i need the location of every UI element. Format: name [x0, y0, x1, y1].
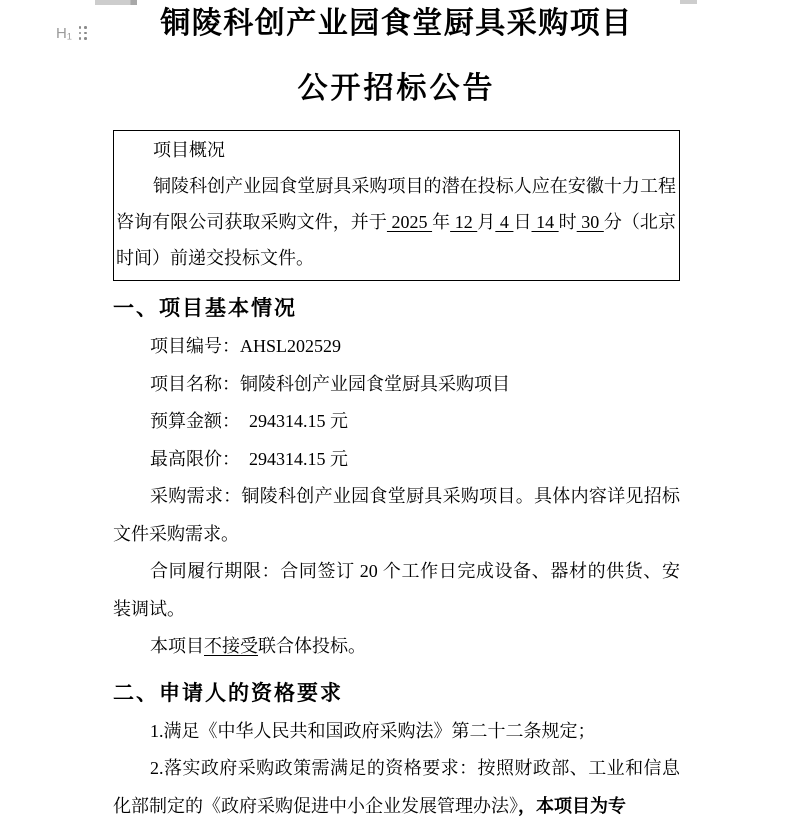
- overview-paragraph: 铜陵科创产业园食堂厨具采购项目的潜在投标人应在安徽十力工程咨询有限公司获取采购文…: [116, 168, 676, 276]
- block-controls: H₁: [56, 24, 87, 42]
- dot: [79, 26, 82, 29]
- paragraph: 最高限价： 294314.15 元: [113, 441, 680, 479]
- text-segment: 项目编号：AHSL202529: [150, 336, 341, 356]
- paragraph: 1.满足《中华人民共和国政府采购法》第二十二条规定；: [113, 713, 680, 751]
- project-overview-box: 项目概况 铜陵科创产业园食堂厨具采购项目的潜在投标人应在安徽十力工程咨询有限公司…: [113, 130, 680, 281]
- text-segment: 联合体投标。: [258, 636, 366, 656]
- paragraph: 预算金额： 294314.15 元: [113, 403, 680, 441]
- section-1-paragraphs: 项目编号：AHSL202529项目名称：铜陵科创产业园食堂厨具采购项目预算金额：…: [113, 328, 680, 666]
- text-segment: 30: [577, 212, 604, 232]
- text-segment: 合同履行期限：合同签订 20 个工作日完成设备、器材的供货、安装调试。: [113, 561, 680, 619]
- paragraph: 2.落实政府采购政策需满足的资格要求：按照财政部、工业和信息化部制定的《政府采购…: [113, 750, 680, 824]
- section-2-heading: 二、申请人的资格要求: [113, 682, 680, 706]
- text-segment: 最高限价： 294314.15 元: [150, 449, 348, 469]
- paragraph: 项目编号：AHSL202529: [113, 328, 680, 366]
- document-content: 铜陵科创产业园食堂厨具采购项目 公开招标公告 项目概况 铜陵科创产业园食堂厨具采…: [113, 0, 680, 824]
- paragraph: 本项目不接受联合体投标。: [113, 628, 680, 666]
- text-segment: 1.满足《中华人民共和国政府采购法》第二十二条规定；: [150, 721, 596, 741]
- text-segment: 月: [477, 212, 495, 232]
- page-canvas: H₁ 铜陵科创产业园食堂厨具采购项目 公开招标公告 项目概况 铜陵科创产业园食堂…: [0, 0, 791, 824]
- text-segment: 12: [450, 212, 477, 232]
- drag-handle-icon[interactable]: [79, 26, 88, 40]
- dot: [84, 32, 87, 35]
- overview-heading: 项目概况: [116, 132, 676, 168]
- heading-level-badge[interactable]: H₁: [56, 26, 72, 41]
- cropped-ui-fragment-right: [680, 0, 697, 4]
- paragraph: 合同履行期限：合同签订 20 个工作日完成设备、器材的供货、安装调试。: [113, 553, 680, 628]
- doc-title-line2: 公开招标公告: [113, 72, 680, 106]
- doc-title-line1: 铜陵科创产业园食堂厨具采购项目: [113, 7, 680, 41]
- text-segment: 项目名称：铜陵科创产业园食堂厨具采购项目: [150, 374, 510, 394]
- dot: [84, 37, 87, 40]
- text-segment: 2025: [387, 212, 432, 232]
- text-segment: 日: [513, 212, 531, 232]
- text-segment: ，本项目为专: [518, 796, 626, 816]
- paragraph: 采购需求：铜陵科创产业园食堂厨具采购项目。具体内容详见招标文件采购需求。: [113, 478, 680, 553]
- text-segment: 4: [495, 212, 513, 232]
- section-2-paragraphs: 1.满足《中华人民共和国政府采购法》第二十二条规定；2.落实政府采购政策需满足的…: [113, 713, 680, 824]
- text-segment: 年: [432, 212, 450, 232]
- paragraph: 项目名称：铜陵科创产业园食堂厨具采购项目: [113, 366, 680, 404]
- dot: [79, 37, 82, 40]
- dot: [84, 26, 87, 29]
- text-segment: 时: [559, 212, 577, 232]
- dot: [79, 32, 82, 35]
- text-segment: 本项目: [150, 636, 204, 656]
- text-segment: 预算金额： 294314.15 元: [150, 411, 348, 431]
- section-1-heading: 一、项目基本情况: [113, 297, 680, 321]
- text-segment: 14: [532, 212, 559, 232]
- text-segment: 不接受: [204, 636, 258, 656]
- text-segment: 采购需求：铜陵科创产业园食堂厨具采购项目。具体内容详见招标文件采购需求。: [113, 486, 680, 544]
